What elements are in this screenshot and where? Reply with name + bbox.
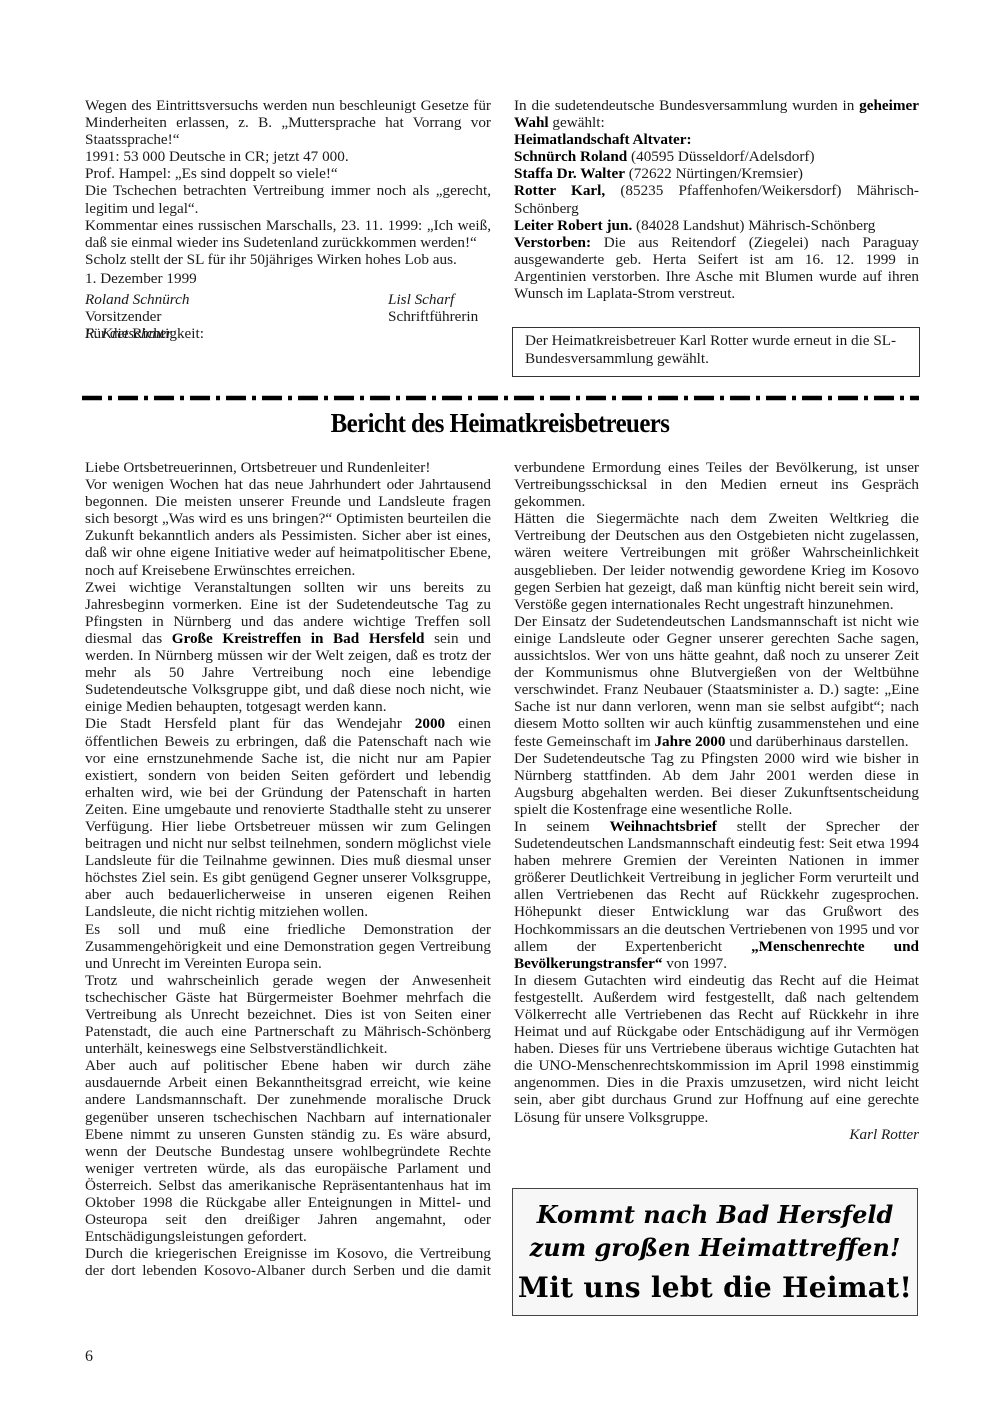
paragraph: Hätten die Siegermächte nach dem Zweiten… bbox=[514, 510, 919, 613]
page-number: 6 bbox=[85, 1348, 93, 1366]
paragraph: Zwei wichtige Veranstaltungen sollten wi… bbox=[85, 579, 491, 716]
top-left-column: Wegen des Eintrittsversuchs werden nun b… bbox=[85, 97, 491, 343]
election-intro: In die sudetendeutsche Bundesversammlung… bbox=[514, 97, 919, 131]
member-entry: Rotter Karl, (85235 Pfaffenhofen/Weikers… bbox=[514, 182, 919, 216]
member-entry: Schnürch Roland (40595 Düsseldorf/Adelsd… bbox=[514, 148, 919, 165]
promo-slogan: Mit uns lebt die Heimat! bbox=[513, 1268, 917, 1308]
paragraph: Prof. Hampel: „Es sind doppelt so viele!… bbox=[85, 165, 491, 182]
signature-block: Roland Schnürch Vorsitzender Lisl Scharf… bbox=[85, 291, 491, 343]
paragraph: Die Stadt Hersfeld plant für das Wendeja… bbox=[85, 715, 491, 920]
paragraph: Kommentar eines russischen Marschalls, 2… bbox=[85, 217, 491, 251]
member-entry: Staffa Dr. Walter (72622 Nürtingen/Krems… bbox=[514, 165, 919, 182]
member-entry: Leiter Robert jun. (84028 Landshut) Mähr… bbox=[514, 217, 919, 234]
paragraph: In diesem Gutachten wird eindeutig das R… bbox=[514, 972, 919, 1126]
paragraph: 1991: 53 000 Deutsche in CR; jetzt 47 00… bbox=[85, 148, 491, 165]
signer-name-right: Lisl Scharf bbox=[388, 291, 454, 308]
paragraph: In seinem Weihnachtsbrief stellt der Spr… bbox=[514, 818, 919, 972]
promo-line-1: Kommt nach Bad Hersfeld bbox=[513, 1198, 917, 1231]
paragraph: Wegen des Eintrittsversuchs werden nun b… bbox=[85, 97, 491, 148]
paragraph: Der Einsatz der Sudetendeutschen Landsma… bbox=[514, 613, 919, 750]
signer-name-left: Roland Schnürch bbox=[85, 291, 189, 308]
obituary: Verstorben: Die aus Reitendorf (Ziegelei… bbox=[514, 234, 919, 302]
paragraph: Vor wenigen Wochen hat das neue Jahrhund… bbox=[85, 476, 491, 579]
signer-role-left: Vorsitzender bbox=[85, 308, 161, 325]
date-line: 1. Dezember 1999 bbox=[85, 270, 491, 287]
signer-role-right: Schriftführerin bbox=[388, 308, 478, 325]
article-left-column: Liebe Ortsbetreuerinnen, Ortsbetreuer un… bbox=[85, 459, 491, 1280]
article-right-column: verbundene Ermordung eines Teiles der Be… bbox=[514, 459, 919, 1143]
paragraph: Scholz stellt der SL für ihr 50jähriges … bbox=[85, 251, 491, 268]
paragraph: Die Tschechen betrachten Vertreibung imm… bbox=[85, 182, 491, 216]
paragraph: Durch die kriegerischen Ereignisse im Ko… bbox=[85, 1245, 491, 1279]
verification-label: Für die Richtigkeit: bbox=[85, 325, 204, 342]
author-line: Karl Rotter bbox=[514, 1126, 919, 1143]
paragraph: Trotz und wahrscheinlich gerade wegen de… bbox=[85, 972, 491, 1057]
paragraph: Der Sudetendeutsche Tag zu Pfingsten 200… bbox=[514, 750, 919, 818]
paragraph: Liebe Ortsbetreuerinnen, Ortsbetreuer un… bbox=[85, 459, 491, 476]
top-right-column: In die sudetendeutsche Bundesversammlung… bbox=[514, 97, 919, 302]
article-title: Bericht des Heimatkreisbetreuers bbox=[40, 408, 960, 439]
region-heading: Heimatlandschaft Altvater: bbox=[514, 131, 692, 148]
promo-box: Kommt nach Bad Hersfeld zum großen Heima… bbox=[512, 1188, 918, 1316]
notice-box: Der Heimatkreisbetreuer Karl Rotter wurd… bbox=[512, 327, 920, 377]
dash-dot-divider bbox=[82, 395, 919, 401]
author-signature: Karl Rotter bbox=[849, 1126, 919, 1143]
paragraph: verbundene Ermordung eines Teiles der Be… bbox=[514, 459, 919, 510]
paragraph: Es soll und muß eine friedliche Demonstr… bbox=[85, 921, 491, 972]
promo-line-2: zum großen Heimattreffen! bbox=[513, 1231, 917, 1264]
paragraph: Aber auch auf politischer Ebene haben wi… bbox=[85, 1057, 491, 1245]
